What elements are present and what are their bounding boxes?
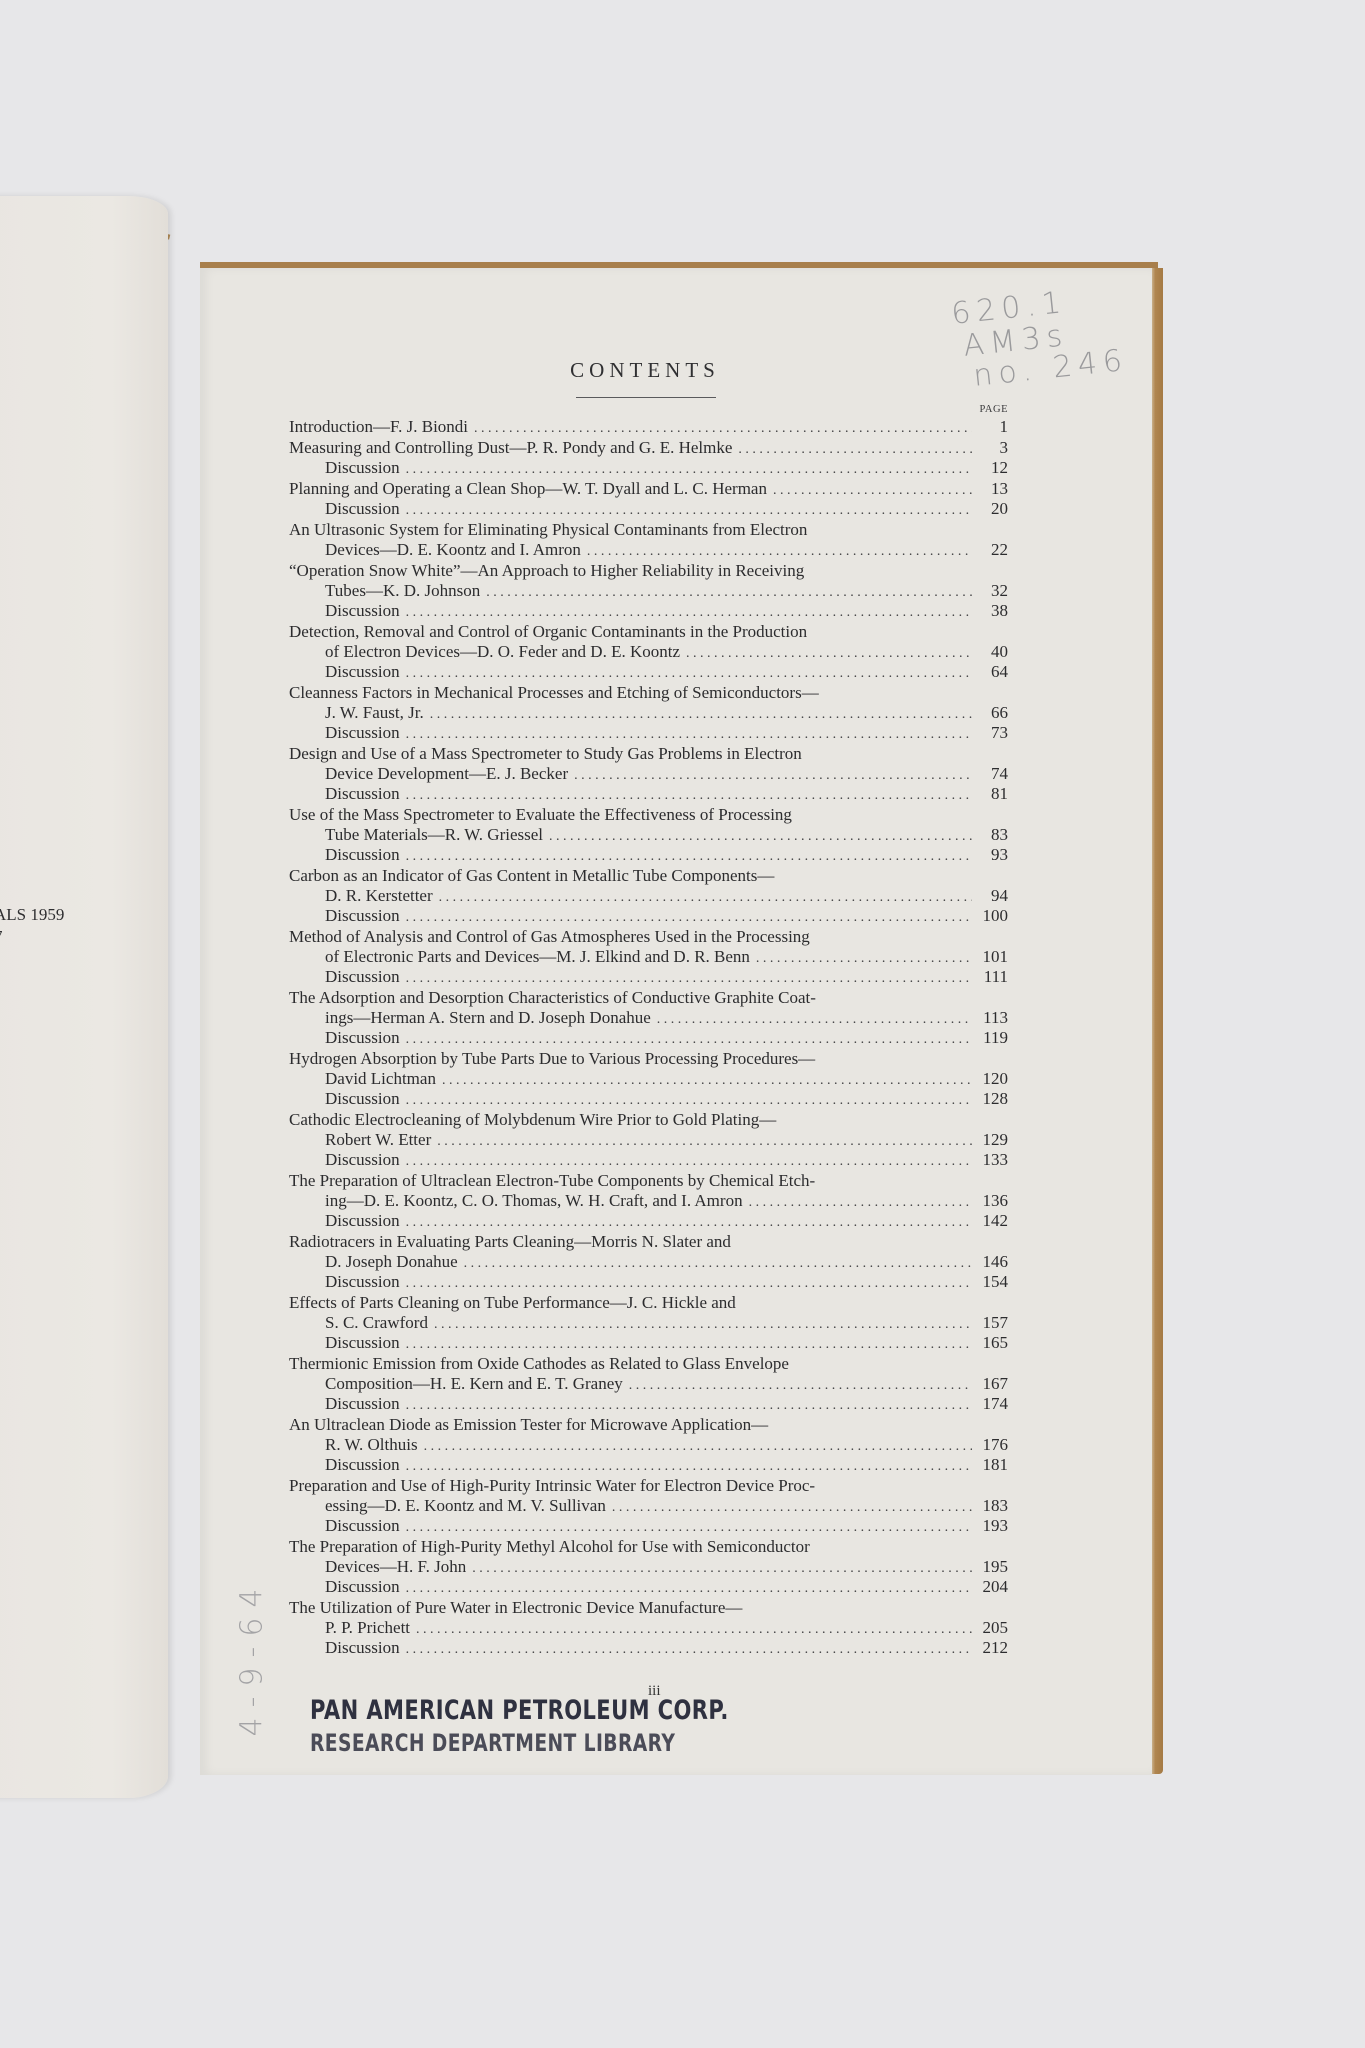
toc-entry: The Adsorption and Desorption Characteri… [289,988,1008,1048]
toc-line-text: Tubes—K. D. Johnson [325,581,480,601]
toc-entry: The Utilization of Pure Water in Electro… [289,1598,1008,1658]
dot-leader [406,847,972,867]
left-page [0,196,168,1798]
toc-line-text: The Adsorption and Desorption Characteri… [289,988,816,1008]
toc-line-text: Use of the Mass Spectrometer to Evaluate… [289,805,792,825]
toc-entry: The Preparation of Ultraclean Electron-T… [289,1171,1008,1231]
toc-line: Cleanness Factors in Mechanical Processe… [289,683,1008,703]
toc-line: Design and Use of a Mass Spectrometer to… [289,744,1008,764]
left-page-text-line-1: ALS 1959 [0,905,194,925]
toc-line-text: Discussion [325,601,400,621]
toc-page-number: 176 [978,1435,1008,1455]
toc-line-text: Discussion [325,1211,400,1231]
toc-entry: Cathodic Electrocleaning of Molybdenum W… [289,1110,1008,1170]
toc-entry: Carbon as an Indicator of Gas Content in… [289,866,1008,926]
dot-leader [406,1457,972,1477]
toc-page-number: 74 [978,764,1008,784]
toc-discussion-line: Discussion128 [289,1089,1008,1109]
toc-line-text: ing—D. E. Koontz, C. O. Thomas, W. H. Cr… [325,1191,743,1211]
toc-line-text: Discussion [325,1516,400,1536]
toc-line-text: D. R. Kerstetter [325,886,433,906]
toc-line-text: Devices—D. E. Koontz and I. Amron [325,540,581,560]
toc-line-text: Measuring and Controlling Dust—P. R. Pon… [289,438,732,458]
toc-entry: Detection, Removal and Control of Organi… [289,622,1008,682]
dot-leader [406,1640,972,1660]
toc-line: Use of the Mass Spectrometer to Evaluate… [289,805,1008,825]
toc-line-text: Preparation and Use of High-Purity Intri… [289,1476,815,1496]
toc-entry: Measuring and Controlling Dust—P. R. Pon… [289,438,1008,478]
dot-leader [406,1335,972,1355]
page-title: CONTENTS [545,358,745,383]
toc-line-text: Radiotracers in Evaluating Parts Cleanin… [289,1232,731,1252]
toc-line: Method of Analysis and Control of Gas At… [289,927,1008,947]
toc-line: ings—Herman A. Stern and D. Joseph Donah… [289,1008,1008,1028]
toc-line: David Lichtman120 [289,1069,1008,1089]
toc-line-text: Discussion [325,1455,400,1475]
toc-line-text: Detection, Removal and Control of Organi… [289,622,807,642]
toc-line-text: Discussion [325,845,400,865]
left-page-text-line-2: 7 [0,927,194,947]
toc-line: Devices—H. F. John195 [289,1557,1008,1577]
library-stamp: PAN AMERICAN PETROLEUM CORP. RESEARCH DE… [310,1694,729,1758]
toc-line: of Electron Devices—D. O. Feder and D. E… [289,642,1008,662]
toc-page-number: 120 [978,1069,1008,1089]
toc-line-text: Discussion [325,1577,400,1597]
toc-line: The Preparation of Ultraclean Electron-T… [289,1171,1008,1191]
dot-leader [406,1579,972,1599]
toc-page-number: 101 [978,947,1008,967]
toc-discussion-line: Discussion111 [289,967,1008,987]
toc-line-text: Discussion [325,662,400,682]
dot-leader [612,1498,972,1518]
toc-line-text: Carbon as an Indicator of Gas Content in… [289,866,774,886]
toc-entry: Planning and Operating a Clean Shop—W. T… [289,479,1008,519]
toc-line: D. R. Kerstetter94 [289,886,1008,906]
toc-line: The Preparation of High-Purity Methyl Al… [289,1537,1008,1557]
toc-line: Measuring and Controlling Dust—P. R. Pon… [289,438,1008,458]
toc-line-text: Device Development—E. J. Becker [325,764,568,784]
toc-page-number: 81 [978,784,1008,804]
toc-line: R. W. Olthuis176 [289,1435,1008,1455]
toc-line: Preparation and Use of High-Purity Intri… [289,1476,1008,1496]
toc-page-number: 133 [978,1150,1008,1170]
toc-page-number: 181 [978,1455,1008,1475]
toc-discussion-line: Discussion20 [289,499,1008,519]
toc-discussion-line: Discussion100 [289,906,1008,926]
dot-leader [406,460,972,480]
dot-leader [416,1620,972,1640]
toc-discussion-line: Discussion165 [289,1333,1008,1353]
toc-page-number: 64 [978,662,1008,682]
toc-line-text: Hydrogen Absorption by Tube Parts Due to… [289,1049,815,1069]
toc-line: The Utilization of Pure Water in Electro… [289,1598,1008,1618]
dot-leader [406,501,972,521]
dot-leader [549,827,972,847]
toc-entry: The Preparation of High-Purity Methyl Al… [289,1537,1008,1597]
toc-page-number: 174 [978,1394,1008,1414]
toc-line-text: Cathodic Electrocleaning of Molybdenum W… [289,1110,776,1130]
toc-page-number: 193 [978,1516,1008,1536]
dot-leader [406,1213,972,1233]
toc-line: J. W. Faust, Jr.66 [289,703,1008,723]
dot-leader [738,440,972,460]
toc-page-number: 136 [978,1191,1008,1211]
toc-page-number: 100 [978,906,1008,926]
toc-line-text: Discussion [325,784,400,804]
toc-page-number: 83 [978,825,1008,845]
toc-page-number: 119 [978,1028,1008,1048]
toc-discussion-line: Discussion73 [289,723,1008,743]
toc-entry: Use of the Mass Spectrometer to Evaluate… [289,805,1008,865]
dot-leader [773,481,972,501]
toc-line-text: An Ultraclean Diode as Emission Tester f… [289,1415,768,1435]
toc-entry: Radiotracers in Evaluating Parts Cleanin… [289,1232,1008,1292]
toc-discussion-line: Discussion133 [289,1150,1008,1170]
toc-line-text: An Ultrasonic System for Eliminating Phy… [289,520,807,540]
dot-leader [406,908,972,928]
dot-leader [756,949,972,969]
dot-leader [406,1274,972,1294]
dot-leader [474,419,972,439]
toc-line: Thermionic Emission from Oxide Cathodes … [289,1354,1008,1374]
stamp-line-2: RESEARCH DEPARTMENT LIBRARY [310,1728,729,1758]
toc-discussion-line: Discussion181 [289,1455,1008,1475]
toc-line-text: Discussion [325,1028,400,1048]
toc-line-text: S. C. Crawford [325,1313,428,1333]
toc-page-number: 113 [978,1008,1008,1028]
toc-discussion-line: Discussion212 [289,1638,1008,1658]
toc-line-text: The Preparation of Ultraclean Electron-T… [289,1171,815,1191]
toc-line-text: ings—Herman A. Stern and D. Joseph Donah… [325,1008,651,1028]
toc-page-number: 204 [978,1577,1008,1597]
toc-line-text: Discussion [325,499,400,519]
toc-entry: Introduction—F. J. Biondi1 [289,417,1008,437]
toc-page-number: 167 [978,1374,1008,1394]
handwritten-date: 4-9-64 [235,1558,270,1758]
toc-page-number: 165 [978,1333,1008,1353]
toc-line-text: of Electronic Parts and Devices—M. J. El… [325,947,750,967]
dot-leader [587,542,972,562]
toc-line-text: J. W. Faust, Jr. [325,703,424,723]
toc-page-number: 32 [978,581,1008,601]
toc-entry: Method of Analysis and Control of Gas At… [289,927,1008,987]
toc-line-text: of Electron Devices—D. O. Feder and D. E… [325,642,680,662]
toc-line-text: Cleanness Factors in Mechanical Processe… [289,683,819,703]
toc-line-text: R. W. Olthuis [325,1435,418,1455]
toc-page-number: 40 [978,642,1008,662]
toc-entry: “Operation Snow White”—An Approach to Hi… [289,561,1008,621]
toc-line: Planning and Operating a Clean Shop—W. T… [289,479,1008,499]
toc-line-text: Devices—H. F. John [325,1557,466,1577]
dot-leader [406,725,972,745]
toc-page-number: 111 [978,967,1008,987]
toc-entry: Cleanness Factors in Mechanical Processe… [289,683,1008,743]
toc-line: Introduction—F. J. Biondi1 [289,417,1008,437]
toc-page-number: 129 [978,1130,1008,1150]
toc-line-text: Discussion [325,1638,400,1658]
toc-page-number: 183 [978,1496,1008,1516]
toc-line-text: Discussion [325,723,400,743]
toc-line-text: Discussion [325,1150,400,1170]
toc-page-number: 22 [978,540,1008,560]
dot-leader [574,766,972,786]
dot-leader [406,1396,972,1416]
toc-entry: An Ultraclean Diode as Emission Tester f… [289,1415,1008,1475]
toc-page-number: 13 [978,479,1008,499]
toc-line-text: P. P. Prichett [325,1618,410,1638]
toc-page-number: 154 [978,1272,1008,1292]
toc-page-number: 20 [978,499,1008,519]
toc-entry: Design and Use of a Mass Spectrometer to… [289,744,1008,804]
toc-line: Hydrogen Absorption by Tube Parts Due to… [289,1049,1008,1069]
toc-page-number: 66 [978,703,1008,723]
toc-line: Robert W. Etter129 [289,1130,1008,1150]
toc-discussion-line: Discussion142 [289,1211,1008,1231]
toc-line: An Ultrasonic System for Eliminating Phy… [289,520,1008,540]
toc-line: Carbon as an Indicator of Gas Content in… [289,866,1008,886]
toc-entry: Hydrogen Absorption by Tube Parts Due to… [289,1049,1008,1109]
toc-line-text: Discussion [325,1089,400,1109]
dot-leader [464,1254,972,1274]
toc-line: Composition—H. E. Kern and E. T. Graney1… [289,1374,1008,1394]
toc-discussion-line: Discussion81 [289,784,1008,804]
toc-page-number: 195 [978,1557,1008,1577]
toc-line: S. C. Crawford157 [289,1313,1008,1333]
dot-leader [472,1559,972,1579]
toc-discussion-line: Discussion204 [289,1577,1008,1597]
toc-page-number: 1 [978,417,1008,437]
toc-discussion-line: Discussion93 [289,845,1008,865]
toc-line: Cathodic Electrocleaning of Molybdenum W… [289,1110,1008,1130]
toc-page-number: 146 [978,1252,1008,1272]
toc-page-number: 38 [978,601,1008,621]
toc-discussion-line: Discussion174 [289,1394,1008,1414]
toc-discussion-line: Discussion119 [289,1028,1008,1048]
table-of-contents: Introduction—F. J. Biondi1Measuring and … [289,417,1008,1659]
dot-leader [406,969,972,989]
toc-line-text: Discussion [325,967,400,987]
toc-line-text: Thermionic Emission from Oxide Cathodes … [289,1354,789,1374]
toc-line: Device Development—E. J. Becker74 [289,764,1008,784]
toc-page-number: 212 [978,1638,1008,1658]
toc-line-text: The Preparation of High-Purity Methyl Al… [289,1537,810,1557]
dot-leader [437,1132,972,1152]
toc-discussion-line: Discussion154 [289,1272,1008,1292]
toc-line-text: David Lichtman [325,1069,436,1089]
toc-line: “Operation Snow White”—An Approach to Hi… [289,561,1008,581]
dot-leader [486,583,972,603]
dot-leader [439,888,972,908]
toc-page-number: 3 [978,438,1008,458]
dot-leader [406,664,972,684]
toc-entry: Preparation and Use of High-Purity Intri… [289,1476,1008,1536]
dot-leader [434,1315,972,1335]
toc-line: D. Joseph Donahue146 [289,1252,1008,1272]
toc-line-text: Method of Analysis and Control of Gas At… [289,927,810,947]
toc-line-text: Discussion [325,458,400,478]
toc-page-number: 73 [978,723,1008,743]
toc-line-text: Discussion [325,1333,400,1353]
toc-page-number: 93 [978,845,1008,865]
toc-entry: Effects of Parts Cleaning on Tube Perfor… [289,1293,1008,1353]
dot-leader [442,1071,972,1091]
dot-leader [686,644,972,664]
toc-entry: An Ultrasonic System for Eliminating Phy… [289,520,1008,560]
dot-leader [406,1518,972,1538]
toc-line-text: “Operation Snow White”—An Approach to Hi… [289,561,804,581]
toc-line: Devices—D. E. Koontz and I. Amron22 [289,540,1008,560]
dot-leader [406,1091,972,1111]
toc-line-text: Discussion [325,1394,400,1414]
toc-line-text: Robert W. Etter [325,1130,431,1150]
dot-leader [406,786,972,806]
title-rule [576,397,716,398]
dot-leader [424,1437,972,1457]
toc-discussion-line: Discussion64 [289,662,1008,682]
toc-line-text: Design and Use of a Mass Spectrometer to… [289,744,802,764]
toc-line-text: Introduction—F. J. Biondi [289,417,468,437]
toc-line: Tubes—K. D. Johnson32 [289,581,1008,601]
page-column-label: PAGE [960,404,1008,415]
toc-line: Effects of Parts Cleaning on Tube Perfor… [289,1293,1008,1313]
toc-page-number: 94 [978,886,1008,906]
dot-leader [629,1376,972,1396]
toc-line: of Electronic Parts and Devices—M. J. El… [289,947,1008,967]
stamp-line-1: PAN AMERICAN PETROLEUM CORP. [310,1694,729,1728]
toc-line-text: Tube Materials—R. W. Griessel [325,825,543,845]
toc-discussion-line: Discussion12 [289,458,1008,478]
dot-leader [430,705,972,725]
dot-leader [406,1030,972,1050]
toc-line-text: Composition—H. E. Kern and E. T. Graney [325,1374,623,1394]
toc-line-text: Effects of Parts Cleaning on Tube Perfor… [289,1293,736,1313]
toc-line: ing—D. E. Koontz, C. O. Thomas, W. H. Cr… [289,1191,1008,1211]
dot-leader [406,1152,972,1172]
toc-line-text: Planning and Operating a Clean Shop—W. T… [289,479,767,499]
toc-page-number: 205 [978,1618,1008,1638]
toc-line-text: The Utilization of Pure Water in Electro… [289,1598,742,1618]
toc-discussion-line: Discussion193 [289,1516,1008,1536]
toc-line: Detection, Removal and Control of Organi… [289,622,1008,642]
dot-leader [657,1010,972,1030]
toc-line: Radiotracers in Evaluating Parts Cleanin… [289,1232,1008,1252]
toc-page-number: 142 [978,1211,1008,1231]
toc-line-text: Discussion [325,906,400,926]
toc-page-number: 128 [978,1089,1008,1109]
dot-leader [406,603,972,623]
toc-line-text: D. Joseph Donahue [325,1252,458,1272]
toc-discussion-line: Discussion38 [289,601,1008,621]
toc-line-text: essing—D. E. Koontz and M. V. Sullivan [325,1496,606,1516]
toc-line: An Ultraclean Diode as Emission Tester f… [289,1415,1008,1435]
toc-line: essing—D. E. Koontz and M. V. Sullivan18… [289,1496,1008,1516]
toc-line: The Adsorption and Desorption Characteri… [289,988,1008,1008]
toc-page-number: 157 [978,1313,1008,1333]
toc-line: P. P. Prichett205 [289,1618,1008,1638]
toc-entry: Thermionic Emission from Oxide Cathodes … [289,1354,1008,1414]
dot-leader [749,1193,972,1213]
toc-page-number: 12 [978,458,1008,478]
toc-line-text: Discussion [325,1272,400,1292]
toc-line: Tube Materials—R. W. Griessel83 [289,825,1008,845]
